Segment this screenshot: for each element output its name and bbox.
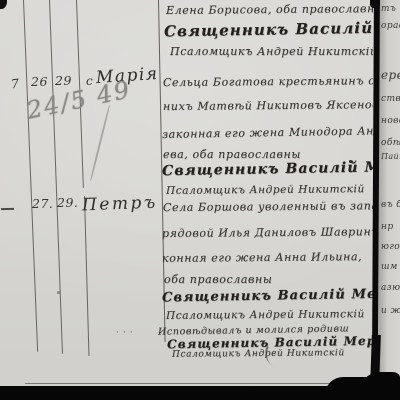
priest-signature-line: Священникъ Василій Мерца (164, 20, 373, 40)
priest-signature-line: Священникъ Василій Мерцаловъ (162, 287, 373, 305)
facing-page-text-fragment: юго (381, 242, 400, 252)
facing-page-text-fragment: тъ и (381, 4, 400, 14)
facing-page-text-fragment: въ б (381, 200, 400, 210)
psalmist-signature-line: Псаломщикъ Андрей Никитскій (166, 309, 365, 321)
psalmist-signature-line: Псаломщикъ Андрей Никитскій (170, 46, 373, 57)
facing-page-text-fragment: ере (381, 68, 400, 82)
entry-text-line: Села Боршова уволенный въ запасъ ар (163, 200, 373, 213)
facing-page-text-fragment: нове (381, 116, 400, 126)
entry-text-line: конная его жена Анна Ильина, (162, 251, 362, 264)
entry-text-line: оба православны (164, 274, 272, 285)
scan-border-bottom (0, 386, 400, 400)
ink-speck (349, 160, 352, 163)
psalmist-signature-line: Псаломщикъ Андрей Никитскій (166, 184, 365, 196)
facing-page-text-fragment: нр (381, 222, 394, 232)
facing-page-text-fragment: шм (381, 262, 398, 272)
entry-text-line: Елена Борисова, оба православны (166, 3, 373, 16)
facing-page-text-fragment: Пайт (381, 152, 400, 161)
facing-page-text-fragment: ствен (381, 94, 400, 104)
paper-speck (57, 291, 60, 294)
facing-page-text-fragment: обѣ (381, 138, 400, 148)
ink-smudge-marks: ··· (116, 328, 137, 338)
entry-text-line: законная его жена Минодора Анань (162, 125, 373, 140)
facing-page-text-fragment: ораев (381, 21, 400, 31)
facing-page-strip: тъ и ораев ере ствен нове обѣ Пайт въ б … (379, 0, 400, 400)
facing-page-text-fragment: и ж (381, 306, 400, 316)
psalmist-signature-line: Псаломщикъ Андрей Никитскій (172, 349, 345, 360)
entry-text-line: рядовой Илья Даниловъ Шавринъ и з (162, 226, 373, 239)
register-scan-page: 7 26 29 с Марія 27. 29. Петръ 24/5 49 Ел… (0, 0, 400, 400)
page-bottom-edge (25, 383, 335, 385)
entry-text-line: ева, оба православны (163, 149, 301, 160)
facing-page-text-fragment: азю (381, 283, 400, 293)
entry-text-column: Елена Борисова, оба православны Священни… (0, 0, 373, 400)
entry-text-line: нихъ Матвѣй Никитовъ Яксеновъ и (163, 99, 373, 112)
entry-text-line: Сельца Богатова крестьянинъ собств (163, 75, 373, 88)
gutter-shadow-bar (372, 0, 380, 345)
priest-signature-line: Священникъ Василій Мерц (162, 160, 373, 178)
